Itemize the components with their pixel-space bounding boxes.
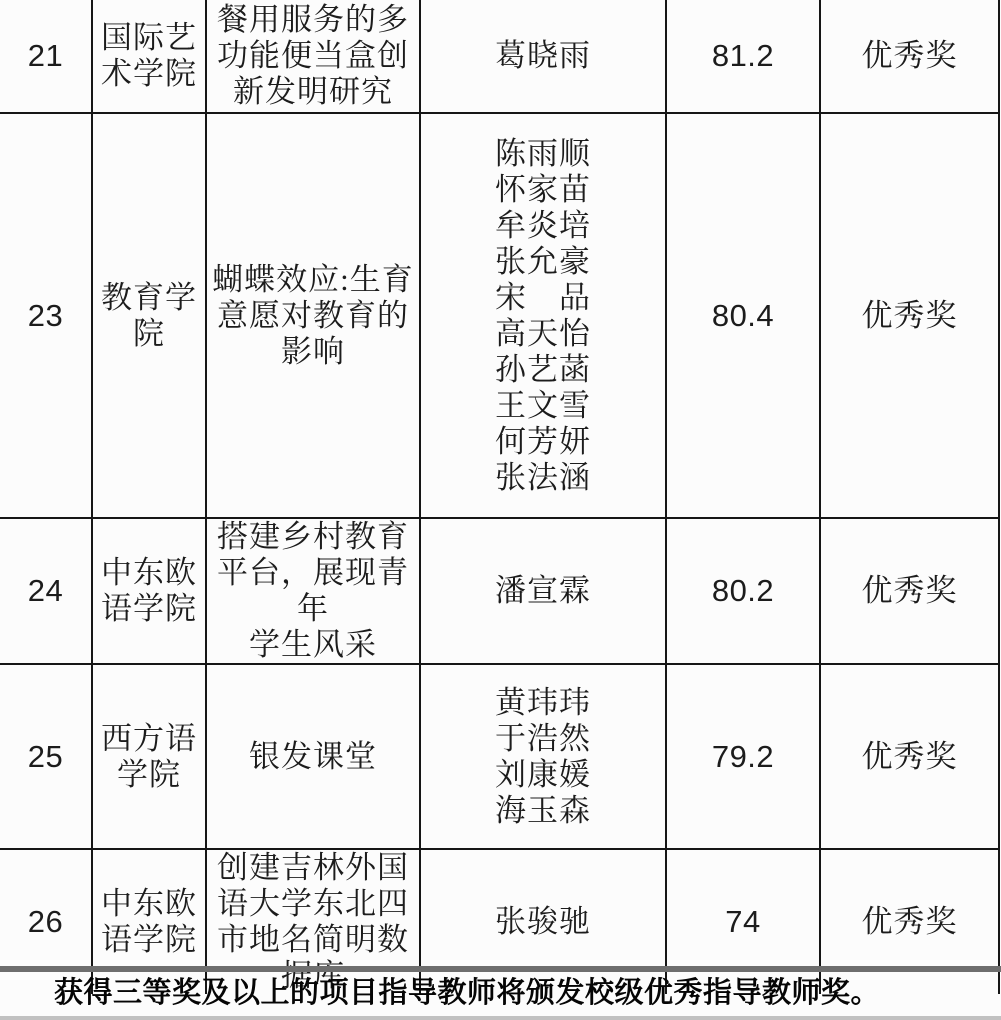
cell-no: 23 [0, 113, 92, 518]
cell-award: 优秀奖 [820, 518, 999, 664]
table-row: 23 教育学 院 蝴蝶效应:生育 意愿对教育的 影响 陈雨顺 怀家苗 牟炎培 张… [0, 113, 999, 518]
cell-award: 优秀奖 [820, 664, 999, 849]
table-row: 21 国际艺 术学院 餐用服务的多 功能便当盒创 新发明研究 葛晓雨 81.2 … [0, 0, 999, 113]
cell-no: 24 [0, 518, 92, 664]
table-row: 25 西方语 学院 银发课堂 黄玮玮 于浩然 刘康媛 海玉森 79.2 优秀奖 [0, 664, 999, 849]
page-bottom-edge [0, 1016, 1001, 1020]
cell-college: 西方语 学院 [92, 664, 206, 849]
cell-award: 优秀奖 [820, 113, 999, 518]
cell-score: 79.2 [666, 664, 820, 849]
cell-score: 81.2 [666, 0, 820, 113]
cell-no: 25 [0, 664, 92, 849]
cell-score: 80.2 [666, 518, 820, 664]
cell-members: 陈雨顺 怀家苗 牟炎培 张允豪 宋 品 高天怡 孙艺菡 王文雪 何芳妍 张法涵 [420, 113, 666, 518]
table-row: 24 中东欧 语学院 搭建乡村教育 平台，展现青年 学生风采 潘宣霖 80.2 … [0, 518, 999, 664]
cell-score: 80.4 [666, 113, 820, 518]
awards-table: 21 国际艺 术学院 餐用服务的多 功能便当盒创 新发明研究 葛晓雨 81.2 … [0, 0, 1000, 994]
cell-college: 教育学 院 [92, 113, 206, 518]
cell-members: 潘宣霖 [420, 518, 666, 664]
cell-no: 21 [0, 0, 92, 113]
cell-members: 黄玮玮 于浩然 刘康媛 海玉森 [420, 664, 666, 849]
cell-project: 搭建乡村教育 平台，展现青年 学生风采 [206, 518, 420, 664]
footer-note: 获得三等奖及以上的项目指导教师将颁发校级优秀指导教师奖。 [54, 972, 994, 1014]
cell-project: 餐用服务的多 功能便当盒创 新发明研究 [206, 0, 420, 113]
document-page: 21 国际艺 术学院 餐用服务的多 功能便当盒创 新发明研究 葛晓雨 81.2 … [0, 0, 1001, 1020]
cell-college: 国际艺 术学院 [92, 0, 206, 113]
cell-members: 葛晓雨 [420, 0, 666, 113]
cell-project: 银发课堂 [206, 664, 420, 849]
cell-award: 优秀奖 [820, 0, 999, 113]
cell-project: 蝴蝶效应:生育 意愿对教育的 影响 [206, 113, 420, 518]
cell-college: 中东欧 语学院 [92, 518, 206, 664]
